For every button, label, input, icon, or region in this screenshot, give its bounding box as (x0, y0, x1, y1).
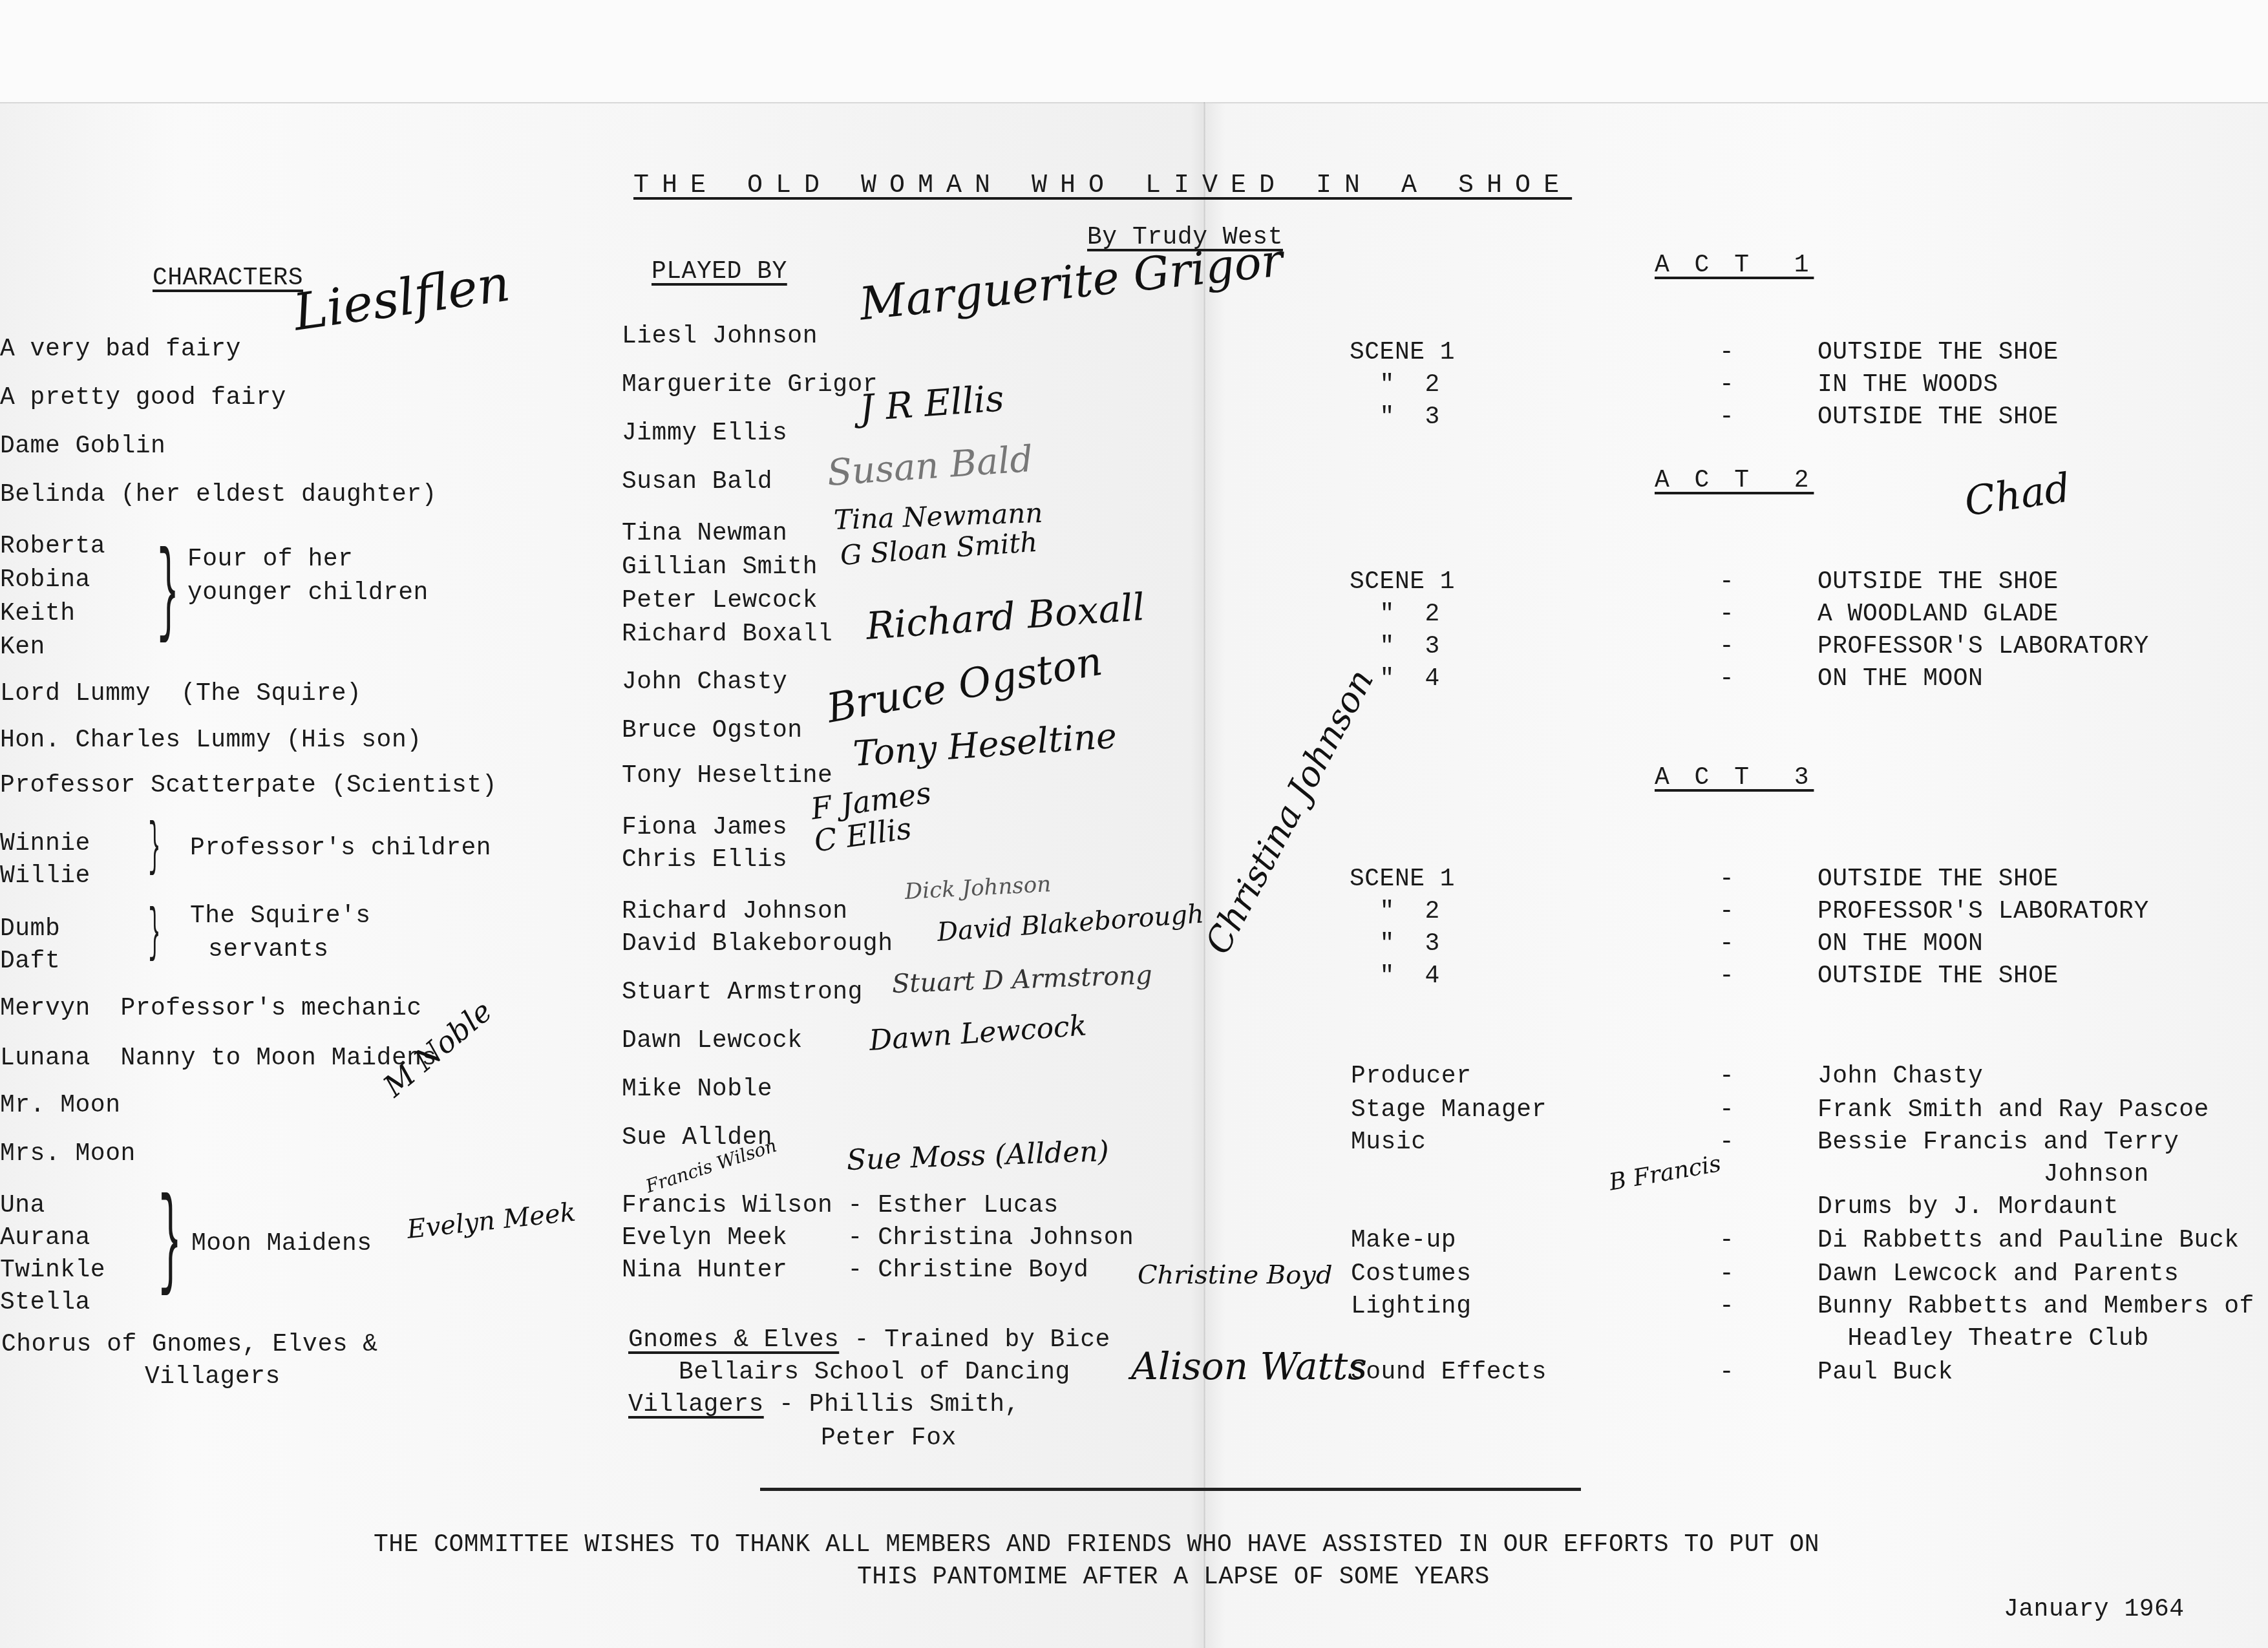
crew-name: John Chasty (1818, 1060, 1983, 1093)
crew-dash: - (1719, 1290, 1734, 1324)
character-role: Stella (0, 1286, 90, 1320)
actor-name: Tina Newman (622, 517, 787, 551)
crew-name: Frank Smith and Ray Pascoe (1818, 1093, 2209, 1127)
character-role: Mervyn Professor's mechanic (0, 992, 422, 1026)
character-role: Mrs. Moon (0, 1137, 136, 1171)
dance-school: Bellairs School of Dancing (679, 1356, 1070, 1389)
villagers-names: - Phillis Smith, (764, 1391, 1020, 1419)
scene-setting: OUTSIDE THE SHOE (1818, 565, 2059, 599)
crew-name: Bessie Francis and Terry (1818, 1126, 2179, 1159)
scene-dash: - (1719, 565, 1734, 599)
actor-name: Peter Lewcock (622, 584, 818, 618)
scene-number: " 3 (1350, 401, 1440, 434)
character-role: Willie (0, 860, 90, 893)
scene-setting: ON THE MOON (1818, 662, 1983, 696)
scene-setting: PROFESSOR'S LABORATORY (1818, 895, 2149, 929)
scene-dash: - (1719, 863, 1734, 896)
scene-setting: IN THE WOODS (1818, 368, 1998, 402)
scene-number: SCENE 1 (1350, 863, 1455, 896)
character-role: Winnie (0, 827, 90, 861)
scene-dash: - (1719, 401, 1734, 434)
group-note-four-children-2: younger children (187, 576, 429, 610)
character-role: Aurana (0, 1221, 90, 1255)
actor-name: Mike Noble (622, 1073, 772, 1106)
character-role: Dumb (0, 913, 60, 946)
scene-dash: - (1719, 630, 1734, 664)
actor-name: David Blakeborough (622, 927, 893, 961)
villagers-credit: Villagers - Phillis Smith, (628, 1388, 1020, 1422)
autograph: Alison Watts (1131, 1344, 1367, 1388)
played-by-heading: PLAYED BY (652, 255, 787, 289)
gnomes-elves-label: Gnomes & Elves (628, 1326, 839, 1354)
character-role: Keith (0, 597, 76, 631)
scene-dash: - (1719, 368, 1734, 402)
crew-name: Drums by J. Mordaunt (1818, 1190, 2119, 1224)
scene-number: " 3 (1350, 630, 1440, 664)
villagers-names-2: Peter Fox (821, 1422, 957, 1455)
scene-setting: ON THE MOON (1818, 927, 1983, 961)
actor-name: Dawn Lewcock (622, 1024, 803, 1058)
actor-name: Jimmy Ellis (622, 417, 787, 450)
act-heading: A C T 2 (1655, 464, 1814, 498)
scene-number: " 4 (1350, 960, 1440, 993)
scene-dash: - (1719, 336, 1734, 370)
character-role: A very bad fairy (0, 333, 241, 366)
crew-role: Make-up (1351, 1224, 1456, 1258)
actor-name: Fiona James (622, 811, 787, 845)
crew-dash: - (1719, 1126, 1734, 1159)
brace-squires-servants: } (149, 902, 161, 966)
chorus-label-1: Chorus of Gnomes, Elves & (1, 1328, 378, 1362)
crew-dash: - (1719, 1356, 1734, 1389)
crew-name: Johnson (1818, 1158, 2149, 1192)
chorus-label-2: Villagers (145, 1360, 281, 1394)
actor-name: Susan Bald (622, 465, 772, 499)
autograph: Christine Boyd (1138, 1260, 1333, 1290)
actor-name: Marguerite Grigor (622, 368, 878, 402)
scene-number: " 2 (1350, 598, 1440, 631)
scene-setting: OUTSIDE THE SHOE (1818, 863, 2059, 896)
thanks-line-1: THE COMMITTEE WISHES TO THANK ALL MEMBER… (374, 1528, 1819, 1562)
group-note-squires-servants-1: The Squire's (190, 900, 371, 933)
scene-dash: - (1719, 598, 1734, 631)
character-role: A pretty good fairy (0, 381, 286, 415)
actor-name: Chris Ellis (622, 843, 787, 877)
group-note-moon-maidens: Moon Maidens (191, 1227, 372, 1261)
group-note-professors-children: Professor's children (190, 832, 491, 865)
character-role: Mr. Moon (0, 1089, 120, 1123)
character-role: Professor Scatterpate (Scientist) (0, 769, 497, 803)
brace-professors-children: } (149, 816, 161, 880)
gnomes-elves-trainer: - Trained by Bice (839, 1326, 1110, 1354)
character-role: Dame Goblin (0, 430, 165, 463)
actor-name: Stuart Armstrong (622, 976, 863, 1009)
group-note-squires-servants-2: servants (208, 933, 328, 967)
character-role: Lunana Nanny to Moon Maidens (0, 1042, 437, 1075)
scene-number: " 2 (1350, 895, 1440, 929)
scene-setting: OUTSIDE THE SHOE (1818, 336, 2059, 370)
scene-dash: - (1719, 927, 1734, 961)
scene-dash: - (1719, 895, 1734, 929)
scene-setting: OUTSIDE THE SHOE (1818, 960, 2059, 993)
actor-name: Evelyn Meek - Christina Johnson (622, 1221, 1134, 1255)
character-role: Twinkle (0, 1254, 105, 1287)
act-heading: A C T 3 (1655, 761, 1814, 795)
scene-setting: OUTSIDE THE SHOE (1818, 401, 2059, 434)
crew-name: Headley Theatre Club (1818, 1322, 2149, 1356)
scene-setting: A WOODLAND GLADE (1818, 598, 2059, 631)
scene-number: " 3 (1350, 927, 1440, 961)
actor-name: Liesl Johnson (622, 320, 818, 354)
character-role: Lord Lummy (The Squire) (0, 677, 361, 711)
crew-role: Stage Manager (1351, 1093, 1547, 1127)
crew-dash: - (1719, 1224, 1734, 1258)
actor-name: Nina Hunter - Christine Boyd (622, 1254, 1088, 1287)
act-heading: A C T 1 (1655, 249, 1814, 282)
character-role: Roberta (0, 530, 105, 564)
crew-dash: - (1719, 1093, 1734, 1127)
gnomes-elves-credit: Gnomes & Elves - Trained by Bice (628, 1324, 1110, 1357)
actor-name: Gillian Smith (622, 551, 818, 584)
actor-name: Bruce Ogston (622, 714, 803, 748)
actor-name: Richard Johnson (622, 895, 848, 929)
scene-dash: - (1719, 960, 1734, 993)
actor-name: Tony Heseltine (622, 759, 832, 793)
actor-name: Francis Wilson - Esther Lucas (622, 1189, 1059, 1223)
crew-role: Music (1351, 1126, 1426, 1159)
crew-name: Di Rabbetts and Pauline Buck (1818, 1224, 2240, 1258)
programme-date: January 1964 (2004, 1593, 2185, 1627)
crew-role: Sound Effects (1351, 1356, 1547, 1389)
footer-rule (760, 1488, 1581, 1491)
characters-heading: CHARACTERS (153, 262, 303, 295)
scene-dash: - (1719, 662, 1734, 696)
character-role: Una (0, 1189, 45, 1223)
brace-moon-maidens: } (158, 1176, 182, 1312)
actor-name: Richard Boxall (622, 618, 832, 651)
crew-name: Dawn Lewcock and Parents (1818, 1258, 2179, 1291)
character-role: Hon. Charles Lummy (His son) (0, 724, 422, 757)
character-role: Robina (0, 564, 90, 597)
character-role: Belinda (her eldest daughter) (0, 478, 437, 512)
scene-number: " 2 (1350, 368, 1440, 402)
group-note-four-children-1: Four of her (187, 543, 353, 576)
villagers-label: Villagers (628, 1391, 764, 1419)
thanks-line-2: THIS PANTOMIME AFTER A LAPSE OF SOME YEA… (857, 1561, 1490, 1594)
character-role: Ken (0, 631, 45, 664)
scene-number: SCENE 1 (1350, 565, 1455, 599)
crew-dash: - (1719, 1060, 1734, 1093)
scene-number: SCENE 1 (1350, 336, 1455, 370)
crew-role: Lighting (1351, 1290, 1471, 1324)
crew-name: Paul Buck (1818, 1356, 1953, 1389)
actor-name: John Chasty (622, 666, 787, 699)
crew-role: Producer (1351, 1060, 1471, 1093)
crew-role: Costumes (1351, 1258, 1471, 1291)
character-role: Daft (0, 945, 60, 978)
crew-name: Bunny Rabbetts and Members of (1818, 1290, 2254, 1324)
brace-four-children: } (157, 530, 179, 659)
paper-fold (1203, 102, 1206, 1648)
programme-title: THE OLD WOMAN WHO LIVED IN A SHOE (633, 169, 1572, 203)
crew-dash: - (1719, 1258, 1734, 1291)
scene-setting: PROFESSOR'S LABORATORY (1818, 630, 2149, 664)
